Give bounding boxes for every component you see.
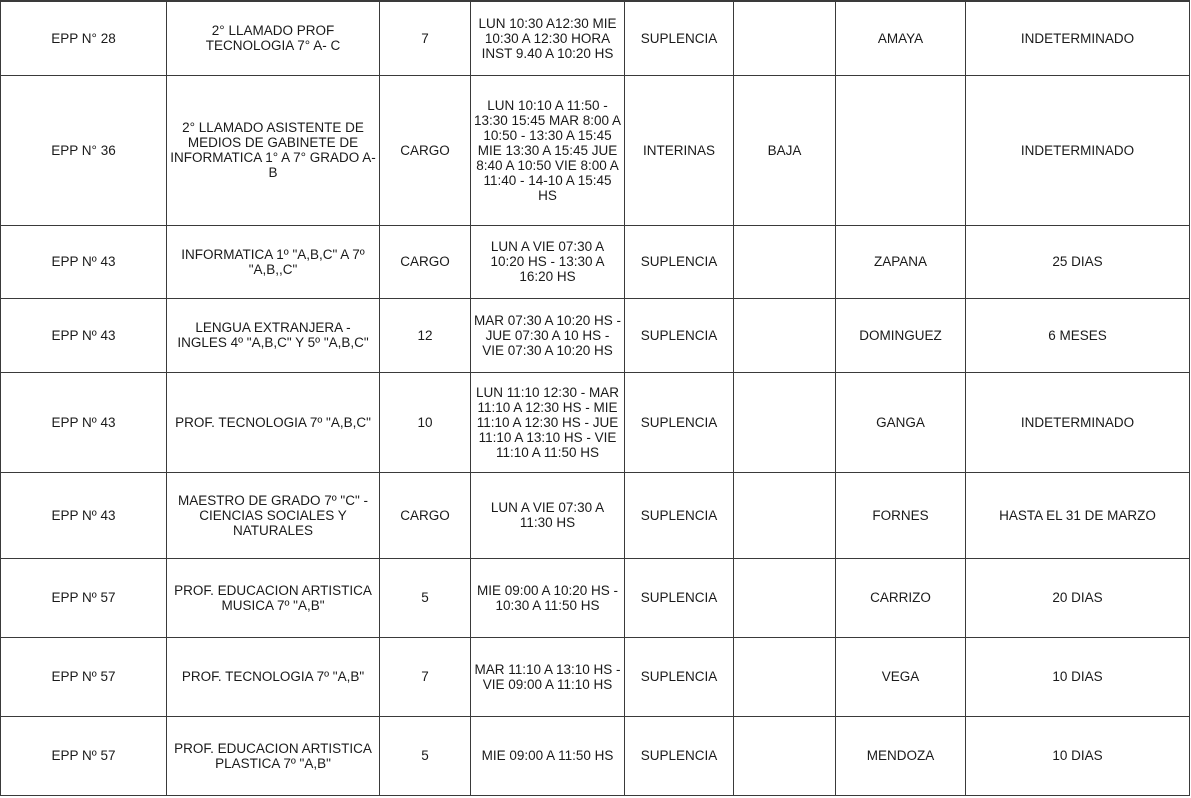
cell-position: INFORMATICA 1º "A,B,C" A 7º "A,B,,C"	[167, 225, 380, 298]
cell-teacher: AMAYA	[836, 1, 966, 75]
cell-school: EPP Nº 57	[1, 637, 167, 716]
table-row: EPP Nº 43 LENGUA EXTRANJERA - INGLES 4º …	[1, 298, 1190, 372]
cell-status	[734, 716, 836, 795]
cell-schedule: MIE 09:00 A 10:20 HS - 10:30 A 11:50 HS	[471, 558, 625, 637]
cell-teacher	[836, 75, 966, 225]
cell-type: SUPLENCIA	[625, 558, 734, 637]
cell-school: EPP Nº 43	[1, 298, 167, 372]
cell-teacher: DOMINGUEZ	[836, 298, 966, 372]
cell-duration: 25 DIAS	[966, 225, 1190, 298]
table-row: EPP Nº 57 PROF. EDUCACION ARTISTICA MUSI…	[1, 558, 1190, 637]
cell-hours: CARGO	[380, 472, 471, 558]
cell-teacher: GANGA	[836, 372, 966, 472]
cell-hours: CARGO	[380, 75, 471, 225]
cell-type: SUPLENCIA	[625, 225, 734, 298]
cell-status: BAJA	[734, 75, 836, 225]
cell-hours: CARGO	[380, 225, 471, 298]
cell-hours: 7	[380, 637, 471, 716]
cell-type: SUPLENCIA	[625, 472, 734, 558]
cell-position: MAESTRO DE GRADO 7º "C" - CIENCIAS SOCIA…	[167, 472, 380, 558]
cell-schedule: LUN 11:10 12:30 - MAR 11:10 A 12:30 HS -…	[471, 372, 625, 472]
cell-status	[734, 472, 836, 558]
cell-duration: 10 DIAS	[966, 637, 1190, 716]
cell-position: 2° LLAMADO ASISTENTE DE MEDIOS DE GABINE…	[167, 75, 380, 225]
cell-type: SUPLENCIA	[625, 372, 734, 472]
cell-schedule: LUN 10:30 A12:30 MIE 10:30 A 12:30 HORA …	[471, 1, 625, 75]
cell-type: SUPLENCIA	[625, 1, 734, 75]
cell-school: EPP Nº 57	[1, 716, 167, 795]
cell-school: EPP N° 36	[1, 75, 167, 225]
cell-school: EPP Nº 43	[1, 372, 167, 472]
cell-schedule: LUN A VIE 07:30 A 11:30 HS	[471, 472, 625, 558]
cell-type: INTERINAS	[625, 75, 734, 225]
cell-hours: 10	[380, 372, 471, 472]
table-row: EPP Nº 43 INFORMATICA 1º "A,B,C" A 7º "A…	[1, 225, 1190, 298]
cell-position: LENGUA EXTRANJERA - INGLES 4º "A,B,C" Y …	[167, 298, 380, 372]
cell-duration: 6 MESES	[966, 298, 1190, 372]
cell-school: EPP Nº 43	[1, 472, 167, 558]
table-row: EPP Nº 57 PROF. EDUCACION ARTISTICA PLAS…	[1, 716, 1190, 795]
cell-teacher: FORNES	[836, 472, 966, 558]
cell-duration: INDETERMINADO	[966, 1, 1190, 75]
cell-status	[734, 225, 836, 298]
cell-duration: 20 DIAS	[966, 558, 1190, 637]
cell-status	[734, 1, 836, 75]
cell-schedule: LUN A VIE 07:30 A 10:20 HS - 13:30 A 16:…	[471, 225, 625, 298]
cell-position: PROF. TECNOLOGIA 7º "A,B"	[167, 637, 380, 716]
cell-duration: INDETERMINADO	[966, 75, 1190, 225]
cell-schedule: LUN 10:10 A 11:50 - 13:30 15:45 MAR 8:00…	[471, 75, 625, 225]
cell-type: SUPLENCIA	[625, 637, 734, 716]
cell-status	[734, 558, 836, 637]
cell-teacher: VEGA	[836, 637, 966, 716]
cell-hours: 5	[380, 716, 471, 795]
cell-school: EPP Nº 43	[1, 225, 167, 298]
cell-type: SUPLENCIA	[625, 716, 734, 795]
cell-position: PROF. EDUCACION ARTISTICA PLASTICA 7º "A…	[167, 716, 380, 795]
cell-status	[734, 298, 836, 372]
table-row: EPP N° 28 2° LLAMADO PROF TECNOLOGIA 7° …	[1, 1, 1190, 75]
cell-hours: 7	[380, 1, 471, 75]
cell-teacher: ZAPANA	[836, 225, 966, 298]
cell-teacher: CARRIZO	[836, 558, 966, 637]
cell-school: EPP Nº 57	[1, 558, 167, 637]
cell-type: SUPLENCIA	[625, 298, 734, 372]
cell-schedule: MAR 07:30 A 10:20 HS - JUE 07:30 A 10 HS…	[471, 298, 625, 372]
cell-hours: 5	[380, 558, 471, 637]
cell-school: EPP N° 28	[1, 1, 167, 75]
cell-status	[734, 372, 836, 472]
table-row: EPP Nº 43 PROF. TECNOLOGIA 7º "A,B,C" 10…	[1, 372, 1190, 472]
cell-position: PROF. EDUCACION ARTISTICA MUSICA 7º "A,B…	[167, 558, 380, 637]
table-row: EPP Nº 43 MAESTRO DE GRADO 7º "C" - CIEN…	[1, 472, 1190, 558]
cell-schedule: MAR 11:10 A 13:10 HS - VIE 09:00 A 11:10…	[471, 637, 625, 716]
table-row: EPP N° 36 2° LLAMADO ASISTENTE DE MEDIOS…	[1, 75, 1190, 225]
cell-teacher: MENDOZA	[836, 716, 966, 795]
cell-position: PROF. TECNOLOGIA 7º "A,B,C"	[167, 372, 380, 472]
cell-position: 2° LLAMADO PROF TECNOLOGIA 7° A- C	[167, 1, 380, 75]
cell-hours: 12	[380, 298, 471, 372]
cell-duration: 10 DIAS	[966, 716, 1190, 795]
table-row: EPP Nº 57 PROF. TECNOLOGIA 7º "A,B" 7 MA…	[1, 637, 1190, 716]
cell-schedule: MIE 09:00 A 11:50 HS	[471, 716, 625, 795]
cell-duration: INDETERMINADO	[966, 372, 1190, 472]
cell-duration: HASTA EL 31 DE MARZO	[966, 472, 1190, 558]
cell-status	[734, 637, 836, 716]
vacancy-table: EPP N° 28 2° LLAMADO PROF TECNOLOGIA 7° …	[0, 0, 1190, 796]
